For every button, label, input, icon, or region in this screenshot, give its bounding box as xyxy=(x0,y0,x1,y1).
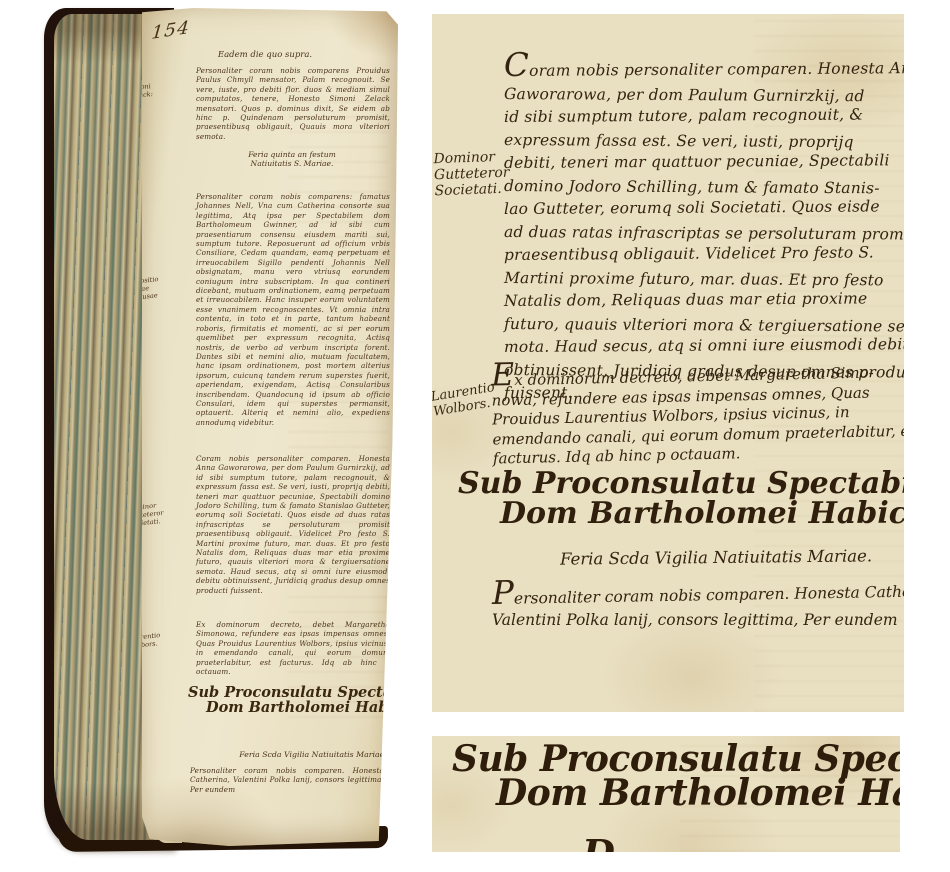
heading-proconsulatu: Sub Proconsulatu Spectabilis Dom Barthol… xyxy=(188,684,394,716)
paragraph-wolbors: Ex dominorum decreto, debet Margaretha S… xyxy=(196,620,390,676)
entry-line: Natalis dom, Reliquas duas mar etia prox… xyxy=(504,287,904,313)
entry-line: praesentibusq obligauit. Videlicet Pro f… xyxy=(504,241,904,267)
manuscript-scan: 154 Eadem die quo supra. Simoni Zelack: … xyxy=(0,0,950,872)
subheading-feria-scda-detail: Feria Scda Vigilia Natiuitatis Mariae. xyxy=(560,546,872,568)
entry-line: mota. Haud secus, atq si omni iure eiusm… xyxy=(504,333,904,359)
entry-line: Coram nobis personaliter comparen. Hones… xyxy=(504,51,904,83)
paragraph-zelack: Personaliter coram nobis comparens Proui… xyxy=(196,66,390,141)
entry-line: Personaliter coram nobis comparen. Hones… xyxy=(492,574,904,610)
entry-line: debiti, teneri mar quattuor pecuniae, Sp… xyxy=(504,149,904,175)
margin-note-societati-detail: Dominor Gutteteror Societati. xyxy=(433,149,505,200)
entry-wolbors-lines: Ex dominorum decreto, debet Margaretha S… xyxy=(491,356,904,469)
detail-crop-top: Dominor Gutteteror Societati. Coram nobi… xyxy=(432,14,904,712)
subheading-feria-quinta: Feria quinta an festum Natiuitatis S. Ma… xyxy=(228,150,356,168)
subheading-feria-scda: Feria Scda Vigilia Natiuitatis Mariae. xyxy=(238,750,388,759)
heading-proconsulatu-zoom: Sub Proconsulatu Spectabilis Dom Barthol… xyxy=(452,738,900,814)
clipped-next-line-glyph: D xyxy=(582,831,615,852)
heading-proconsulatu-line2: Dom Bartholomei Habicht xyxy=(206,699,394,716)
book-photo: 154 Eadem die quo supra. Simoni Zelack: … xyxy=(44,6,398,850)
detail-crop-bottom: Sub Proconsulatu Spectabilis Dom Barthol… xyxy=(432,736,900,852)
entry-line: id sibi sumptum tutore, palam recognouit… xyxy=(504,103,904,129)
book-fore-edge-pages xyxy=(54,14,156,840)
margin-note-wolbors-detail: Laurentio Wolbors. xyxy=(432,381,496,420)
paragraph-nell-ordinatio: Personaliter coram nobis comparens: fama… xyxy=(196,192,390,427)
entry-societati-lines: Coram nobis personaliter comparen. Hones… xyxy=(504,54,904,405)
heading-proconsulatu-line2: Dom Bartholomei Habicht xyxy=(500,496,904,531)
paragraph-societati: Coram nobis personaliter comparen. Hones… xyxy=(196,454,390,595)
manuscript-page: 154 Eadem die quo supra. Simoni Zelack: … xyxy=(142,8,398,846)
heading-proconsulatu-line2: Dom Bartholomei Habicht xyxy=(496,772,900,814)
page-heading-eadem-die: Eadem die quo supra. xyxy=(142,50,388,60)
entry-line: lao Gutteter, eorumq soli Societati. Quo… xyxy=(504,195,904,221)
paragraph-catherina: Personaliter coram nobis comparen. Hones… xyxy=(190,766,384,794)
entry-catherina-lines: Personaliter coram nobis comparen. Hones… xyxy=(492,582,904,631)
heading-proconsulatu-detail: Sub Proconsulatu Spectabilis Dom Barthol… xyxy=(458,466,904,531)
entry-line: Valentini Polka lanij, consors legittima… xyxy=(492,610,904,631)
page-number: 154 xyxy=(151,17,191,44)
